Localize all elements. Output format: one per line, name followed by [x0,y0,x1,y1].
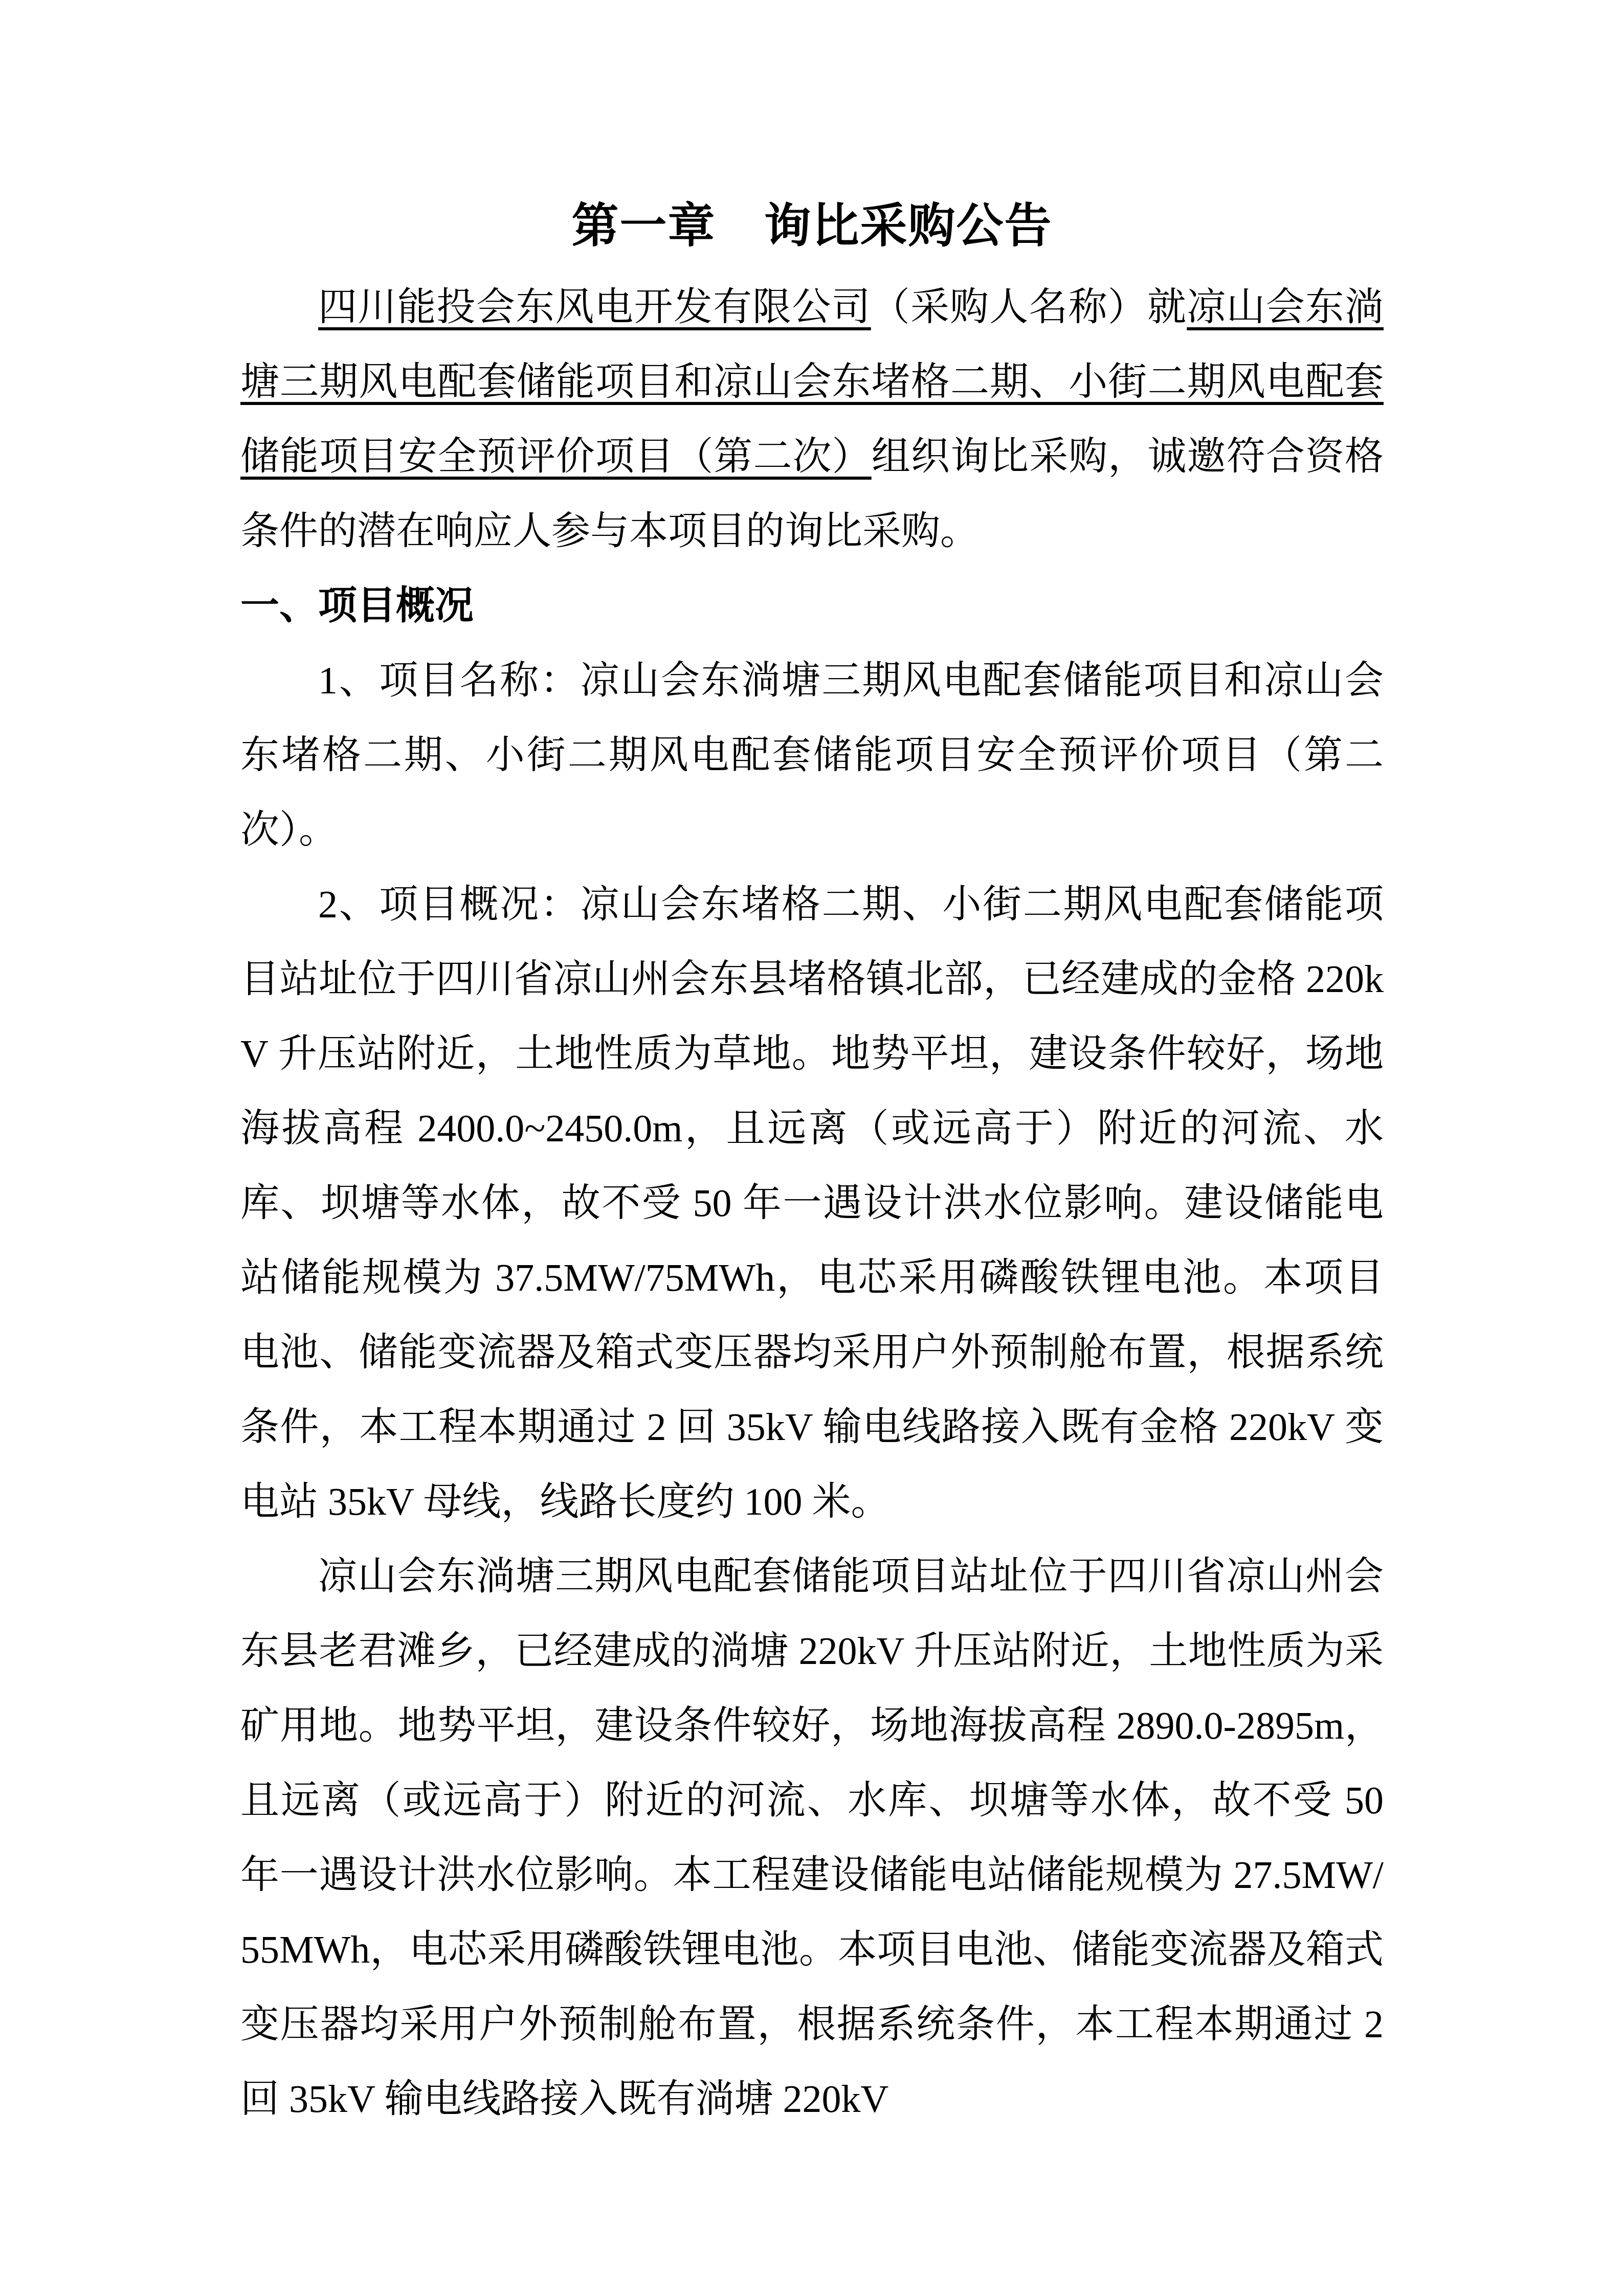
paragraph-intro: 四川能投会东风电开发有限公司（采购人名称）就凉山会东淌塘三期风电配套储能项目和凉… [240,270,1384,569]
paragraph-project-overview-tangtang: 凉山会东淌塘三期风电配套储能项目站址位于四川省凉山州会东县老君滩乡，已经建成的淌… [240,1539,1384,2136]
chapter-title: 第一章 询比采购公告 [240,197,1384,256]
buyer-label: （采购人名称）就 [871,286,1187,329]
document-page: 第一章 询比采购公告 四川能投会东风电开发有限公司（采购人名称）就凉山会东淌塘三… [0,0,1624,2296]
document-body: 四川能投会东风电开发有限公司（采购人名称）就凉山会东淌塘三期风电配套储能项目和凉… [240,270,1384,2136]
buyer-name-underlined: 四川能投会东风电开发有限公司 [318,286,871,329]
section-heading-project-overview: 一、项目概况 [240,569,1384,643]
paragraph-project-name: 1、项目名称：凉山会东淌塘三期风电配套储能项目和凉山会东堵格二期、小街二期风电配… [240,643,1384,867]
paragraph-project-overview-duge-xiaojie: 2、项目概况：凉山会东堵格二期、小街二期风电配套储能项目站址位于四川省凉山州会东… [240,867,1384,1539]
